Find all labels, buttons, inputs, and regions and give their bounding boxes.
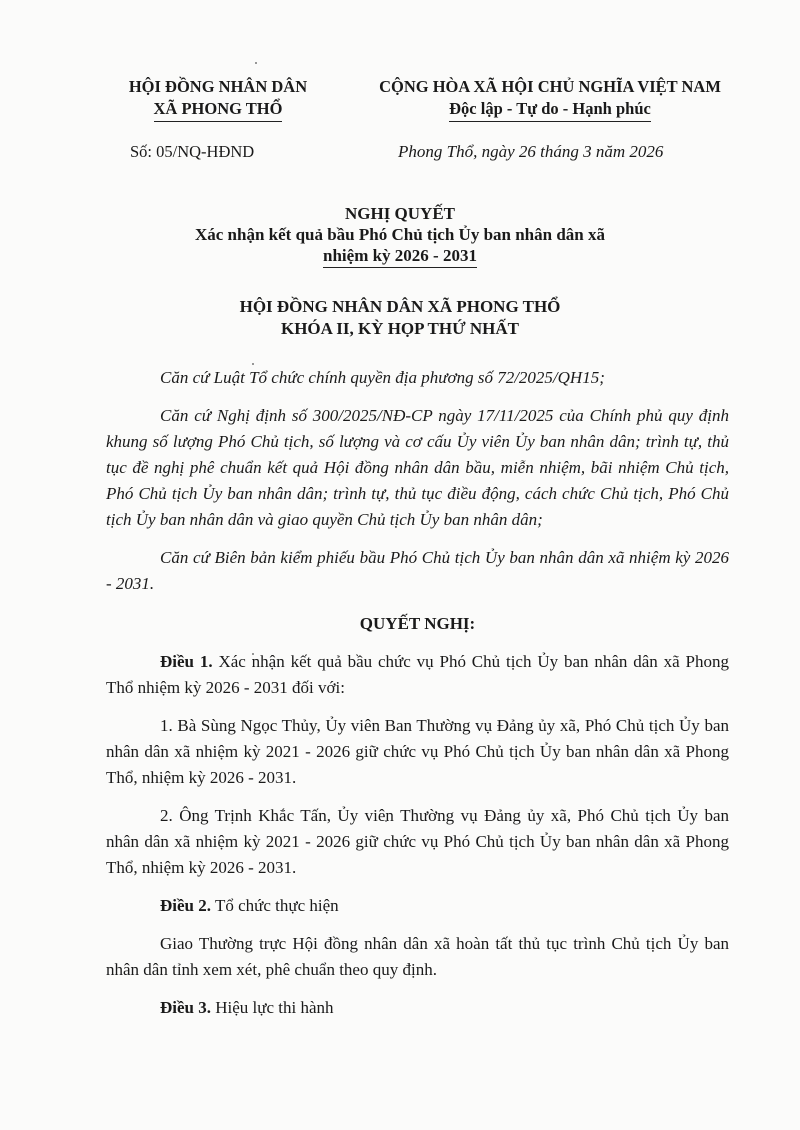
- motto-line: Độc lập - Tự do - Hạnh phúc: [350, 98, 750, 122]
- issuing-org: HỘI ĐỒNG NHÂN DÂN XÃ PHONG THỔ: [118, 76, 318, 122]
- resolution-heading: QUYẾT NGHỊ:: [106, 611, 729, 637]
- scan-speck: [252, 653, 254, 655]
- document-page: HỘI ĐỒNG NHÂN DÂN XÃ PHONG THỔ CỘNG HÒA …: [0, 0, 800, 1130]
- document-body: Căn cứ Luật Tổ chức chính quyền địa phươ…: [106, 365, 729, 1033]
- article-3-text: Hiệu lực thi hành: [211, 998, 334, 1017]
- org-name-line2-text: XÃ PHONG THỔ: [154, 98, 283, 122]
- country-name: CỘNG HÒA XÃ HỘI CHỦ NGHĨA VIỆT NAM: [350, 76, 750, 98]
- issuer-line1: HỘI ĐỒNG NHÂN DÂN XÃ PHONG THỔ: [0, 296, 800, 318]
- document-subject-line2: nhiệm kỳ 2026 - 2031: [0, 245, 800, 268]
- article-1-label: Điều 1.: [160, 652, 213, 671]
- org-name-line1: HỘI ĐỒNG NHÂN DÂN: [118, 76, 318, 98]
- scan-speck: [255, 62, 257, 64]
- article-2-body: Giao Thường trực Hội đồng nhân dân xã ho…: [106, 931, 729, 983]
- article-1-item: 1. Bà Sùng Ngọc Thủy, Ủy viên Ban Thường…: [106, 713, 729, 791]
- motto-text: Độc lập - Tự do - Hạnh phúc: [449, 98, 651, 122]
- article-1-item: 2. Ông Trịnh Khắc Tấn, Ủy viên Thường vụ…: [106, 803, 729, 881]
- preamble-item: Căn cứ Biên bản kiểm phiếu bầu Phó Chủ t…: [106, 545, 729, 597]
- place-date: Phong Thổ, ngày 26 tháng 3 năm 2026: [398, 142, 663, 162]
- preamble-item: Căn cứ Luật Tổ chức chính quyền địa phươ…: [106, 365, 729, 391]
- org-name-line2: XÃ PHONG THỔ: [118, 98, 318, 122]
- document-type: NGHỊ QUYẾT: [0, 203, 800, 224]
- document-number: Số: 05/NQ-HĐND: [130, 142, 254, 162]
- scan-speck: [252, 363, 254, 365]
- article-2-label: Điều 2.: [160, 896, 211, 915]
- article-1: Điều 1. Xác nhận kết quả bầu chức vụ Phó…: [106, 649, 729, 701]
- issuer-line2: KHÓA II, KỲ HỌP THỨ NHẤT: [0, 318, 800, 340]
- issuer-block: HỘI ĐỒNG NHÂN DÂN XÃ PHONG THỔ KHÓA II, …: [0, 296, 800, 340]
- document-title: NGHỊ QUYẾT Xác nhận kết quả bầu Phó Chủ …: [0, 203, 800, 268]
- article-2-text: Tổ chức thực hiện: [211, 896, 339, 915]
- document-subject-line1: Xác nhận kết quả bầu Phó Chủ tịch Ủy ban…: [0, 224, 800, 245]
- article-3-label: Điều 3.: [160, 998, 211, 1017]
- national-motto: CỘNG HÒA XÃ HỘI CHỦ NGHĨA VIỆT NAM Độc l…: [350, 76, 750, 122]
- subject-line2-text: nhiệm kỳ 2026 - 2031: [323, 245, 477, 268]
- article-3: Điều 3. Hiệu lực thi hành: [106, 995, 729, 1021]
- preamble-item: Căn cứ Nghị định số 300/2025/NĐ-CP ngày …: [106, 403, 729, 533]
- article-2: Điều 2. Tổ chức thực hiện: [106, 893, 729, 919]
- scan-speck: [385, 820, 387, 822]
